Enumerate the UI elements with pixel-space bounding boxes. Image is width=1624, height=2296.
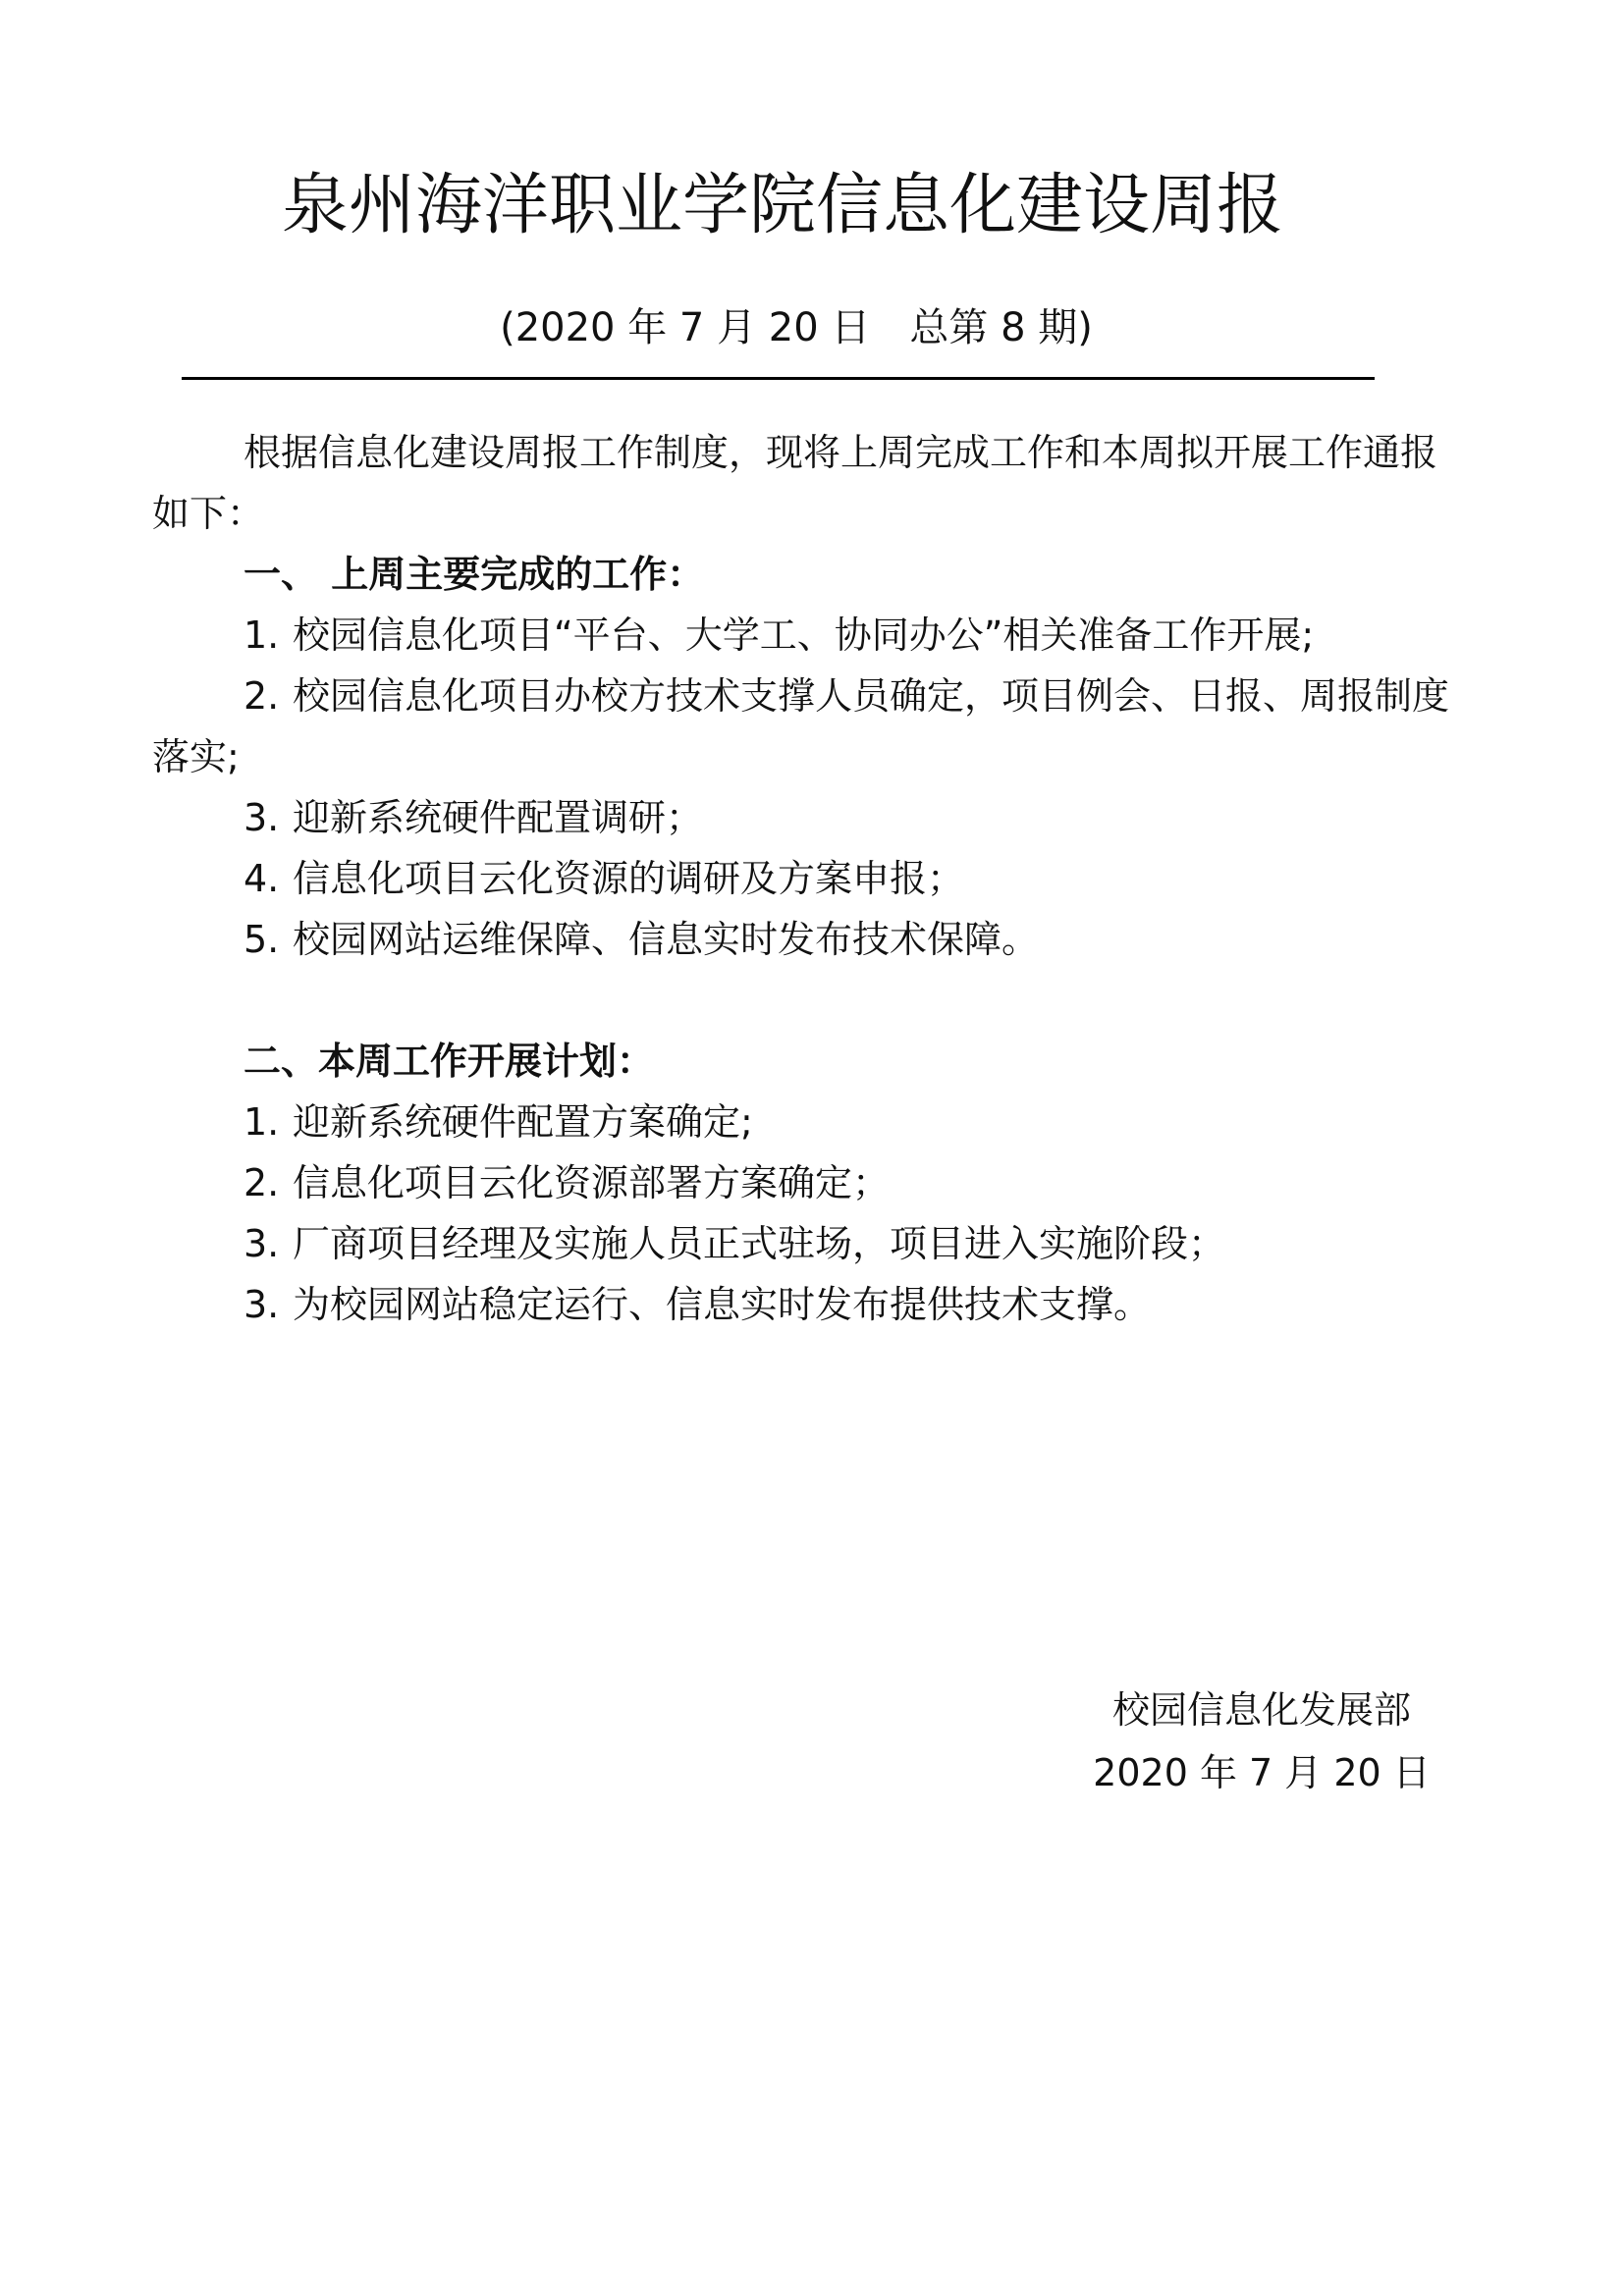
document-body: 根据信息化建设周报工作制度，现将上周完成工作和本周拟开展工作通报 如下： 一、 …: [152, 422, 1473, 1335]
item-number: 3.: [244, 787, 293, 848]
issue-date-subtitle: (2020 年 7 月 20 日 总第 8 期): [0, 300, 1624, 355]
section1-heading: 一、 上周主要完成的工作：: [152, 544, 1473, 605]
signature-department: 校园信息化发展部: [1090, 1679, 1434, 1741]
document-title: 泉州海洋职业学院信息化建设周报: [0, 165, 1624, 247]
item-number: 3.: [244, 1213, 293, 1274]
list-item: 3.为校园网站稳定运行、信息实时发布提供技术支撑。: [152, 1274, 1473, 1335]
item-text: 迎新系统硬件配置方案确定;: [293, 1100, 753, 1144]
document-page: 泉州海洋职业学院信息化建设周报 (2020 年 7 月 20 日 总第 8 期)…: [0, 0, 1624, 2296]
signature-block: 校园信息化发展部 2020 年 7 月 20 日: [1090, 1679, 1434, 1804]
item-text: 厂商项目经理及实施人员正式驻场，项目进入实施阶段；: [293, 1222, 1225, 1265]
list-item-continuation: 落实;: [152, 726, 1473, 787]
item-number: 1.: [244, 605, 293, 666]
list-item: 1.校园信息化项目“平台、大学工、协同办公”相关准备工作开展;: [152, 605, 1473, 666]
item-text: 迎新系统硬件配置调研；: [293, 796, 703, 839]
item-number: 1.: [244, 1092, 293, 1152]
item-number: 5.: [244, 909, 293, 970]
item-number: 3.: [244, 1274, 293, 1335]
item-text: 校园信息化项目“平台、大学工、协同办公”相关准备工作开展;: [293, 614, 1314, 657]
item-text: 信息化项目云化资源部署方案确定；: [293, 1161, 890, 1204]
list-item: 1.迎新系统硬件配置方案确定;: [152, 1092, 1473, 1152]
list-item: 5.校园网站运维保障、信息实时发布技术保障。: [152, 909, 1473, 970]
list-item: 2.信息化项目云化资源部署方案确定；: [152, 1152, 1473, 1213]
header-divider: [182, 377, 1375, 380]
intro-paragraph-line1: 根据信息化建设周报工作制度，现将上周完成工作和本周拟开展工作通报: [152, 422, 1473, 483]
list-item: 4.信息化项目云化资源的调研及方案申报；: [152, 848, 1473, 909]
item-text: 校园信息化项目办校方技术支撑人员确定，项目例会、日报、周报制度: [293, 674, 1449, 718]
intro-paragraph-line2: 如下：: [152, 483, 1473, 544]
list-item: 3.迎新系统硬件配置调研；: [152, 787, 1473, 848]
item-number: 2.: [244, 1152, 293, 1213]
signature-date: 2020 年 7 月 20 日: [1090, 1741, 1434, 1804]
list-item: 3.厂商项目经理及实施人员正式驻场，项目进入实施阶段；: [152, 1213, 1473, 1274]
item-text: 校园网站运维保障、信息实时发布技术保障。: [293, 918, 1039, 961]
section-spacer: [152, 970, 1473, 1031]
item-text: 信息化项目云化资源的调研及方案申报；: [293, 857, 964, 900]
item-text: 为校园网站稳定运行、信息实时发布提供技术支撑。: [293, 1283, 1151, 1326]
list-item: 2.校园信息化项目办校方技术支撑人员确定，项目例会、日报、周报制度: [152, 666, 1473, 726]
section2-heading: 二、本周工作开展计划：: [152, 1031, 1473, 1092]
item-number: 2.: [244, 666, 293, 726]
item-number: 4.: [244, 848, 293, 909]
